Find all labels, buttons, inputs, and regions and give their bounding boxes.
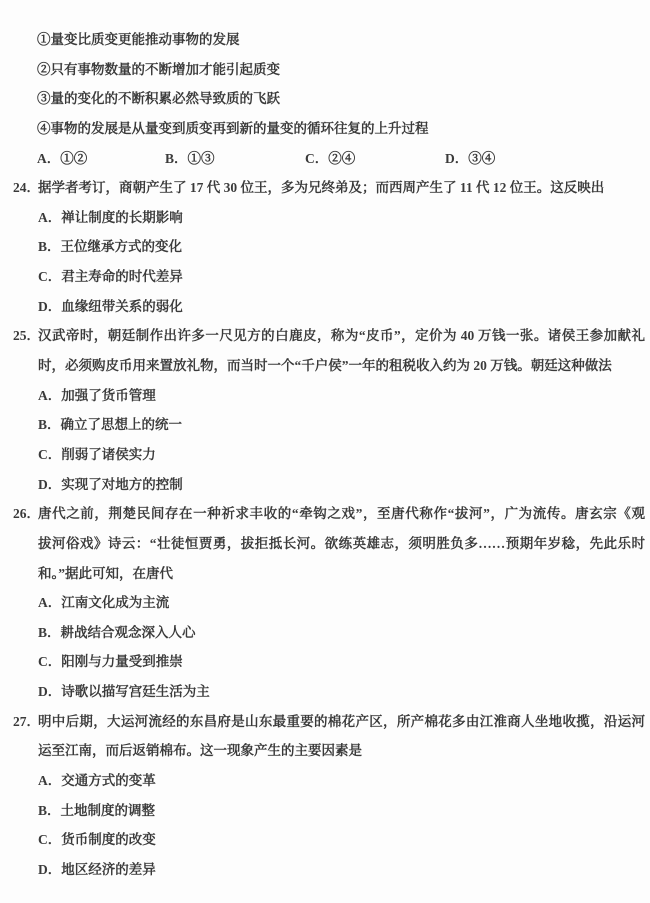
question-number: 25． bbox=[13, 321, 38, 351]
option-line-c: C．阳刚与力量受到推崇 bbox=[0, 647, 650, 677]
option-line-c: C．削弱了诸侯实力 bbox=[0, 440, 650, 470]
question-26: 26． 唐代之前，荆楚民间存在一种祈求丰收的“牵钩之戏”，至唐代称作“拔河”，广… bbox=[0, 499, 650, 706]
option-line-a: A．加强了货币管理 bbox=[0, 381, 650, 411]
answer-choice-b: B．①③ bbox=[165, 144, 215, 174]
question-stem-line: 运至江南，而后返销棉布。这一现象产生的主要因素是 bbox=[0, 736, 650, 766]
answer-choice-d: D．③④ bbox=[445, 144, 495, 174]
option-line-a: A．禅让制度的长期影响 bbox=[0, 203, 650, 233]
option-line-b: B．土地制度的调整 bbox=[0, 796, 650, 826]
question-stem-text: 明中后期，大运河流经的东昌府是山东最重要的棉花产区，所产棉花多由江淮商人坐地收揽… bbox=[38, 707, 645, 737]
option-line-d: D．实现了对地方的控制 bbox=[0, 470, 650, 500]
option-line-a: A．江南文化成为主流 bbox=[0, 588, 650, 618]
option-line-a: A．交通方式的变革 bbox=[0, 766, 650, 796]
question-stem-text: 据学者考订，商朝产生了 17 代 30 位王，多为兄终弟及；而西周产生了 11 … bbox=[38, 173, 645, 203]
statement-line-1: ①量变比质变更能推动事物的发展 bbox=[0, 25, 650, 55]
option-line-b: B．耕战结合观念深入人心 bbox=[0, 618, 650, 648]
question-stem-text: 汉武帝时，朝廷制作出许多一尺见方的白鹿皮，称为“皮币”，定价为 40 万钱一张。… bbox=[38, 321, 645, 351]
option-line-b: B．确立了思想上的统一 bbox=[0, 410, 650, 440]
statement-line-3: ③量的变化的不断积累必然导致质的飞跃 bbox=[0, 84, 650, 114]
question-stem-line: 25． 汉武帝时，朝廷制作出许多一尺见方的白鹿皮，称为“皮币”，定价为 40 万… bbox=[0, 321, 650, 351]
question-stem-text: 唐代之前，荆楚民间存在一种祈求丰收的“牵钩之戏”，至唐代称作“拔河”，广为流传。… bbox=[38, 499, 645, 529]
question-number: 26． bbox=[13, 499, 38, 529]
question-stem-line: 26． 唐代之前，荆楚民间存在一种祈求丰收的“牵钩之戏”，至唐代称作“拔河”，广… bbox=[0, 499, 650, 529]
option-line-b: B．王位继承方式的变化 bbox=[0, 232, 650, 262]
question-stem-line: 和。”据此可知，在唐代 bbox=[0, 559, 650, 589]
answer-choices-row: A．①② B．①③ C．②④ D．③④ bbox=[0, 144, 650, 174]
question-stem-line: 27． 明中后期，大运河流经的东昌府是山东最重要的棉花产区，所产棉花多由江淮商人… bbox=[0, 707, 650, 737]
option-line-d: D．地区经济的差异 bbox=[0, 855, 650, 885]
option-line-c: C．君主寿命的时代差异 bbox=[0, 262, 650, 292]
option-line-d: D．诗歌以描写宫廷生活为主 bbox=[0, 677, 650, 707]
statement-line-4: ④事物的发展是从量变到质变再到新的量变的循环往复的上升过程 bbox=[0, 114, 650, 144]
question-number: 27． bbox=[13, 707, 38, 737]
question-number: 24． bbox=[13, 173, 38, 203]
answer-choice-c: C．②④ bbox=[305, 144, 355, 174]
question-27: 27． 明中后期，大运河流经的东昌府是山东最重要的棉花产区，所产棉花多由江淮商人… bbox=[0, 707, 650, 885]
question-stem-line: 拔河俗戏》诗云：“壮徒恒贾勇，拔拒抵长河。欲练英雄志，须明胜负多……预期年岁稔，… bbox=[0, 529, 650, 559]
question-25: 25． 汉武帝时，朝廷制作出许多一尺见方的白鹿皮，称为“皮币”，定价为 40 万… bbox=[0, 321, 650, 499]
question-24: 24． 据学者考订，商朝产生了 17 代 30 位王，多为兄终弟及；而西周产生了… bbox=[0, 173, 650, 321]
answer-choice-a: A．①② bbox=[37, 144, 87, 174]
exam-content: ①量变比质变更能推动事物的发展 ②只有事物数量的不断增加才能引起质变 ③量的变化… bbox=[0, 0, 650, 885]
statement-line-2: ②只有事物数量的不断增加才能引起质变 bbox=[0, 55, 650, 85]
option-line-d: D．血缘纽带关系的弱化 bbox=[0, 292, 650, 322]
question-stem-line: 时，必须购皮币用来置放礼物，而当时一个“千户侯”一年的租税收入约为 20 万钱。… bbox=[0, 351, 650, 381]
option-line-c: C．货币制度的改变 bbox=[0, 825, 650, 855]
question-stem-line: 24． 据学者考订，商朝产生了 17 代 30 位王，多为兄终弟及；而西周产生了… bbox=[0, 173, 650, 203]
exam-page: ①量变比质变更能推动事物的发展 ②只有事物数量的不断增加才能引起质变 ③量的变化… bbox=[0, 0, 650, 903]
